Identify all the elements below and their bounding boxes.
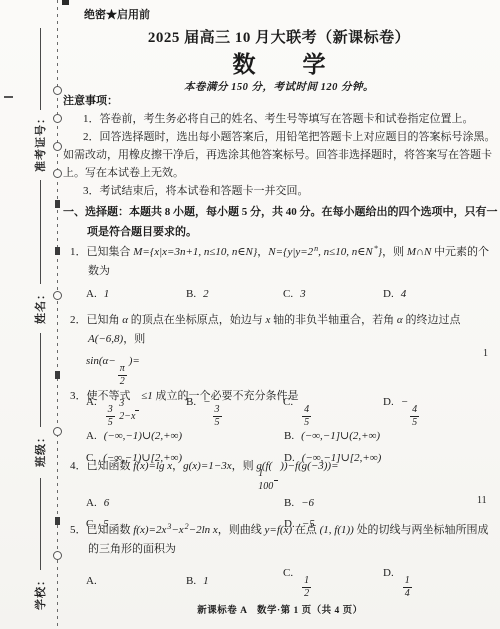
- text-run: 4．已知函数: [70, 460, 133, 472]
- text-run: ，则: [232, 460, 257, 472]
- text-run: ，: [172, 460, 183, 472]
- write-in-line: [40, 478, 41, 570]
- option-A: A.6: [86, 494, 284, 513]
- math-expression: )=: [129, 355, 140, 367]
- math-expression: 1: [203, 575, 209, 587]
- subject-title: 数 学: [60, 46, 498, 79]
- question-3: 3．使不等式 32−x≤1 成立的一个必要不充分条件是A.(−∞,−1)∪(2,…: [70, 387, 497, 468]
- notice-item: 2．回答选择题时，选出每小题答案后，用铅笔把答题卡上对应题目的答案标号涂黑。如需…: [63, 128, 497, 182]
- cut-circle-mark: [53, 551, 62, 560]
- option-label: A.: [86, 430, 97, 442]
- text-run: 5．已知函数: [70, 524, 133, 536]
- cut-circle-mark: [53, 427, 62, 436]
- option-B: B.1: [186, 572, 283, 591]
- math-expression: ))−f(g(−3))=: [280, 460, 338, 472]
- option-label: A.: [86, 575, 97, 587]
- text-run: 2．已知角: [70, 314, 122, 326]
- option-label: B.: [186, 575, 196, 587]
- math-expression: , n≤10, n∈N: [318, 246, 373, 258]
- question-stem: 2．已知角 α 的顶点在坐标原点，始边与 x 轴的非负半轴重合，若角 α 的终边…: [70, 311, 497, 349]
- question-stem: 1．已知集合 M={x|x=3n+1, n≤10, n∈N}，N={y|y=2n…: [70, 243, 497, 281]
- field-label: 姓名：: [32, 288, 48, 324]
- math-expression: (1, f(1)): [320, 524, 354, 536]
- question-options: A.B.1C.12D.14: [70, 564, 497, 599]
- fraction: π2: [118, 363, 127, 387]
- math-expression: (−∞,−1)∪(2,+∞): [104, 430, 182, 442]
- notice-heading: 注意事项：: [63, 92, 497, 110]
- option-A: A.1: [86, 285, 186, 304]
- option-D: D.4: [383, 285, 497, 304]
- math-expression: f(x)=2x: [133, 524, 166, 536]
- scan-edge-mark: [4, 96, 13, 98]
- field-exam-number: 准考证号：: [28, 28, 52, 174]
- math-expression: 2: [203, 288, 209, 300]
- binding-line-mark: [55, 371, 60, 379]
- binding-line-mark: [55, 200, 60, 208]
- math-expression: y=f(x): [265, 524, 293, 536]
- margin-mark: 1: [483, 348, 488, 359]
- classification-label: 绝密★启用前: [84, 6, 150, 22]
- option-label: A.: [86, 497, 97, 509]
- option-C: C.12: [283, 564, 383, 599]
- notice-block: 注意事项： 1．答卷前，考生务必将自己的姓名、考生号等填写在答题卡和试卷指定位置…: [63, 92, 497, 200]
- math-expression: −x: [171, 524, 183, 536]
- math-expression: g(x)=1−3x: [183, 460, 231, 472]
- question-options: A.1B.2C.3D.4: [70, 285, 497, 304]
- cut-circle-mark: [53, 142, 62, 151]
- option-A: A.(−∞,−1)∪(2,+∞): [86, 427, 284, 446]
- option-label: D.: [383, 567, 394, 579]
- fraction: 14: [403, 575, 412, 599]
- question-stem: 4．已知函数 f(x)=lg x，g(x)=1−3x，则 g(f(1100))−…: [70, 457, 497, 492]
- math-expression: N={y|y=2: [268, 246, 313, 258]
- question-5: 5．已知函数 f(x)=2x3−x2−2ln x，则曲线 y=f(x) 在点 (…: [70, 521, 497, 599]
- fraction: 32−x: [135, 398, 139, 422]
- math-expression: −6: [301, 497, 314, 509]
- math-expression: A(−6,8): [88, 333, 123, 345]
- option-label: B.: [186, 288, 196, 300]
- question-stem-continued: sin(α−π2)=: [70, 352, 497, 387]
- option-label: D.: [383, 288, 394, 300]
- field-label: 准考证号：: [32, 112, 48, 172]
- text-run: ，则: [123, 333, 145, 345]
- fraction: 1100: [274, 468, 278, 492]
- math-expression: 3: [300, 288, 306, 300]
- option-label: C.: [283, 567, 293, 579]
- text-run: 在点: [292, 524, 320, 536]
- text-run: 的终边过点: [403, 314, 461, 326]
- option-B: B.−6: [284, 494, 497, 513]
- option-A: A.: [86, 572, 186, 591]
- superscript: 3: [167, 522, 171, 531]
- text-run: ，: [257, 246, 268, 258]
- superscript: *: [374, 244, 378, 253]
- text-run: 轴的非负半轴重合，若角: [270, 314, 397, 326]
- math-expression: 6: [104, 497, 110, 509]
- section-heading: 一、选择题：本题共 8 小题，每小题 5 分，共 40 分。在每小题给出的四个选…: [63, 202, 499, 242]
- exam-paper-page: 准考证号： 姓名： 班级： 学校： 绝密★启用前 2025 届高三 10 月大联…: [0, 0, 500, 629]
- math-expression: ≤1: [141, 390, 153, 402]
- field-school: 学校：: [28, 478, 52, 614]
- option-D: D.14: [383, 564, 497, 599]
- field-label: 班级：: [32, 431, 48, 467]
- question-stem: 3．使不等式 32−x≤1 成立的一个必要不充分条件是: [70, 387, 497, 422]
- option-C: C.3: [283, 285, 383, 304]
- margin-mark: 11: [477, 495, 487, 506]
- superscript: 2: [185, 522, 189, 531]
- math-expression: f(x)=lg x: [133, 460, 172, 472]
- field-label: 学校：: [32, 574, 48, 610]
- question-1: 1．已知集合 M={x|x=3n+1, n≤10, n∈N}，N={y|y=2n…: [70, 243, 497, 304]
- write-in-line: [40, 180, 41, 284]
- write-in-line: [40, 333, 41, 427]
- math-expression: sin(α−: [86, 355, 116, 367]
- cut-circle-mark: [53, 169, 62, 178]
- field-class: 班级：: [28, 333, 52, 471]
- cut-circle-mark: [53, 114, 62, 123]
- math-expression: 1: [104, 288, 110, 300]
- exam-title: 2025 届高三 10 月大联考（新课标卷）: [60, 26, 498, 47]
- math-expression: M∩N: [407, 246, 431, 258]
- text-run: ，则曲线: [218, 524, 265, 536]
- math-expression: 4: [401, 288, 407, 300]
- option-label: A.: [86, 288, 97, 300]
- option-B: B.2: [186, 285, 283, 304]
- text-run: 成立的一个必要不充分条件是: [153, 390, 299, 402]
- field-student-name: 姓名：: [28, 180, 52, 328]
- option-label: B.: [284, 497, 294, 509]
- superscript: n: [314, 244, 318, 253]
- scan-edge-mark: [62, 0, 69, 5]
- cut-circle-mark: [53, 291, 62, 300]
- text-run: 的顶点在坐标原点，始边与: [128, 314, 266, 326]
- write-in-line: [40, 28, 41, 110]
- option-B: B.(−∞,−1]∪(2,+∞): [284, 427, 497, 446]
- binding-line-mark: [55, 247, 60, 255]
- binding-line-mark: [55, 517, 60, 525]
- math-expression: (−∞,−1]∪(2,+∞): [301, 430, 380, 442]
- text-run: ，则: [382, 246, 407, 258]
- fraction: 12: [302, 575, 311, 599]
- text-run: 1．已知集合: [70, 246, 133, 258]
- option-label: B.: [284, 430, 294, 442]
- math-expression: M={x|x=3n+1, n≤10, n∈N}: [133, 246, 257, 258]
- option-label: C.: [283, 288, 293, 300]
- question-stem: 5．已知函数 f(x)=2x3−x2−2ln x，则曲线 y=f(x) 在点 (…: [70, 521, 497, 559]
- math-expression: −2ln x: [189, 524, 218, 536]
- notice-item: 1．答卷前，考生务必将自己的姓名、考生号等填写在答题卡和试卷指定位置上。: [63, 110, 497, 128]
- notice-item: 3．考试结束后，将本试卷和答题卡一并交回。: [63, 182, 497, 200]
- page-footer: 新课标卷 A 数学·第 1 页（共 4 页）: [60, 602, 500, 616]
